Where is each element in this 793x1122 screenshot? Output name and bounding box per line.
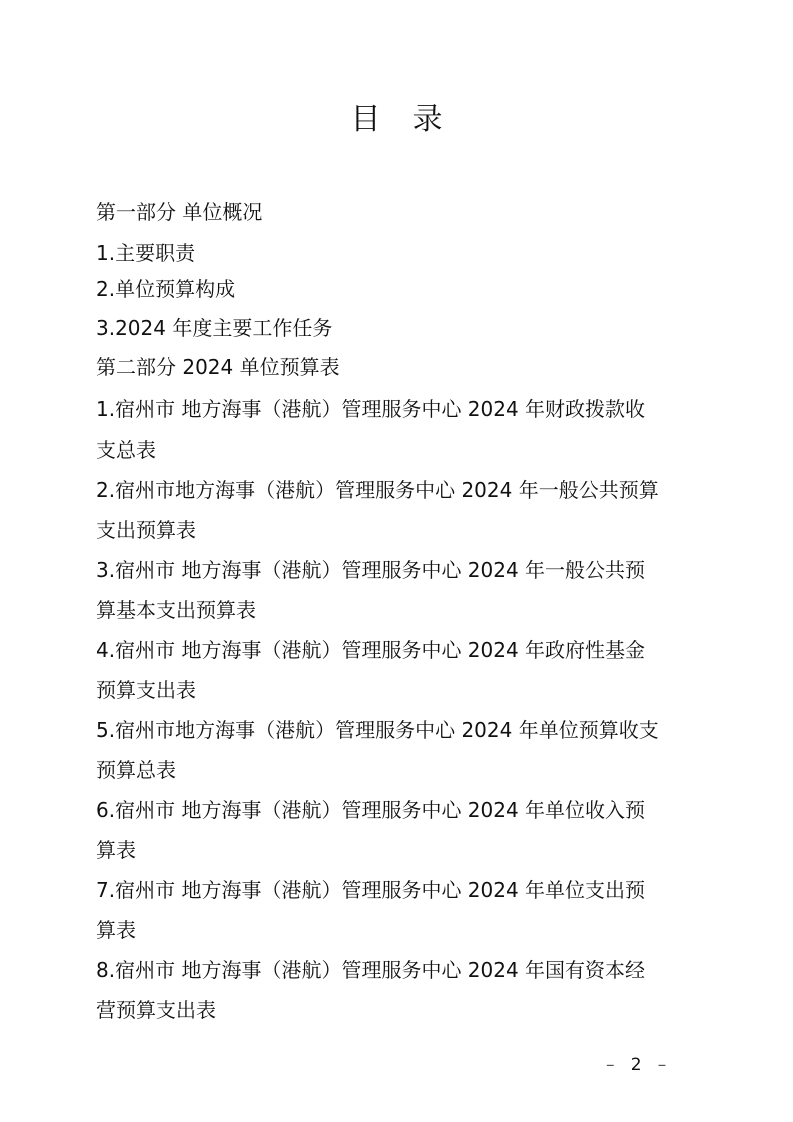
toc-entry-line1: 6.宿州市 地方海事（港航）管理服务中心 2024 年单位收入预	[96, 791, 696, 831]
toc-entry-line2: 算基本支出预算表	[96, 591, 696, 631]
toc-part2-item-7[interactable]: 7.宿州市 地方海事（港航）管理服务中心 2024 年单位支出预 算表	[96, 871, 696, 951]
toc-entry-line1: 3.宿州市 地方海事（港航）管理服务中心 2024 年一般公共预	[96, 551, 696, 591]
page-number-footer: – 2 –	[606, 1050, 686, 1080]
title-char-2: 录	[413, 100, 443, 140]
dash-right: –	[658, 1055, 667, 1075]
toc-entry-line1: 4.宿州市 地方海事（港航）管理服务中心 2024 年政府性基金	[96, 631, 696, 671]
page-title: 目录	[0, 100, 793, 140]
toc-entry-line1: 1.宿州市 地方海事（港航）管理服务中心 2024 年财政拨款收	[96, 390, 696, 431]
toc-part1-item-1[interactable]: 1.主要职责	[96, 234, 696, 270]
toc-part2-heading[interactable]: 第二部分 2024 单位预算表	[96, 348, 696, 390]
toc-entry-line2: 预算支出表	[96, 671, 696, 711]
toc-part2-item-6[interactable]: 6.宿州市 地方海事（港航）管理服务中心 2024 年单位收入预 算表	[96, 791, 696, 871]
toc-entry-line2: 算表	[96, 831, 696, 871]
page-number: 2	[631, 1055, 642, 1075]
toc-entry-line1: 5.宿州市地方海事（港航）管理服务中心 2024 年单位预算收支	[96, 711, 696, 751]
toc-part1-item-2[interactable]: 2.单位预算构成	[96, 270, 696, 309]
toc-entry-line2: 支总表	[96, 431, 696, 471]
toc-part2-item-3[interactable]: 3.宿州市 地方海事（港航）管理服务中心 2024 年一般公共预 算基本支出预算…	[96, 551, 696, 631]
toc-part2-item-4[interactable]: 4.宿州市 地方海事（港航）管理服务中心 2024 年政府性基金 预算支出表	[96, 631, 696, 711]
toc-part2-item-2[interactable]: 2.宿州市地方海事（港航）管理服务中心 2024 年一般公共预算 支出预算表	[96, 471, 696, 551]
table-of-contents: 第一部分 单位概况 1.主要职责 2.单位预算构成 3.2024 年度主要工作任…	[96, 193, 696, 1031]
toc-part2-item-8[interactable]: 8.宿州市 地方海事（港航）管理服务中心 2024 年国有资本经 营预算支出表	[96, 951, 696, 1031]
toc-entry-line2: 支出预算表	[96, 511, 696, 551]
toc-entry-line1: 2.宿州市地方海事（港航）管理服务中心 2024 年一般公共预算	[96, 471, 696, 511]
toc-part1-item-3[interactable]: 3.2024 年度主要工作任务	[96, 309, 696, 348]
toc-part1-heading[interactable]: 第一部分 单位概况	[96, 193, 696, 234]
toc-entry-line2: 算表	[96, 911, 696, 951]
dash-left: –	[606, 1055, 615, 1075]
toc-part2-item-1[interactable]: 1.宿州市 地方海事（港航）管理服务中心 2024 年财政拨款收 支总表	[96, 390, 696, 471]
toc-entry-line2: 预算总表	[96, 751, 696, 791]
toc-part2-item-5[interactable]: 5.宿州市地方海事（港航）管理服务中心 2024 年单位预算收支 预算总表	[96, 711, 696, 791]
toc-entry-line1: 7.宿州市 地方海事（港航）管理服务中心 2024 年单位支出预	[96, 871, 696, 911]
title-char-1: 目	[351, 100, 381, 140]
toc-entry-line1: 8.宿州市 地方海事（港航）管理服务中心 2024 年国有资本经	[96, 951, 696, 991]
toc-entry-line2: 营预算支出表	[96, 991, 696, 1031]
